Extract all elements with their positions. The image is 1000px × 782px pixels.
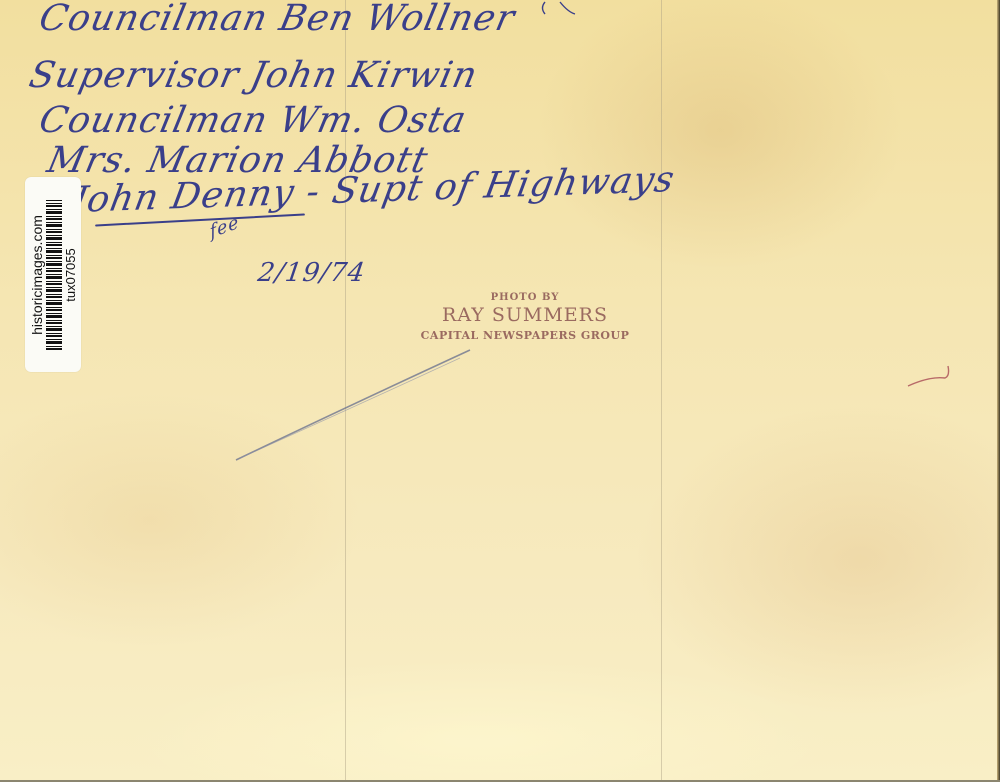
stamp-photographer: RAY SUMMERS [395, 304, 655, 326]
photo-back: Councilman Ben Wollner Supervisor John K… [0, 0, 1000, 782]
label-id: tux07055 [64, 248, 77, 302]
pencil-marks [0, 0, 1000, 782]
stamp-line-1: PHOTO BY [395, 292, 655, 303]
stamp-organization: CAPITAL NEWSPAPERS GROUP [395, 329, 655, 342]
barcode-icon [46, 200, 62, 350]
archive-label: historicimages.com tux07055 [25, 177, 81, 372]
label-site: historicimages.com [30, 215, 44, 335]
photographer-stamp: PHOTO BY RAY SUMMERS CAPITAL NEWSPAPERS … [395, 292, 655, 342]
